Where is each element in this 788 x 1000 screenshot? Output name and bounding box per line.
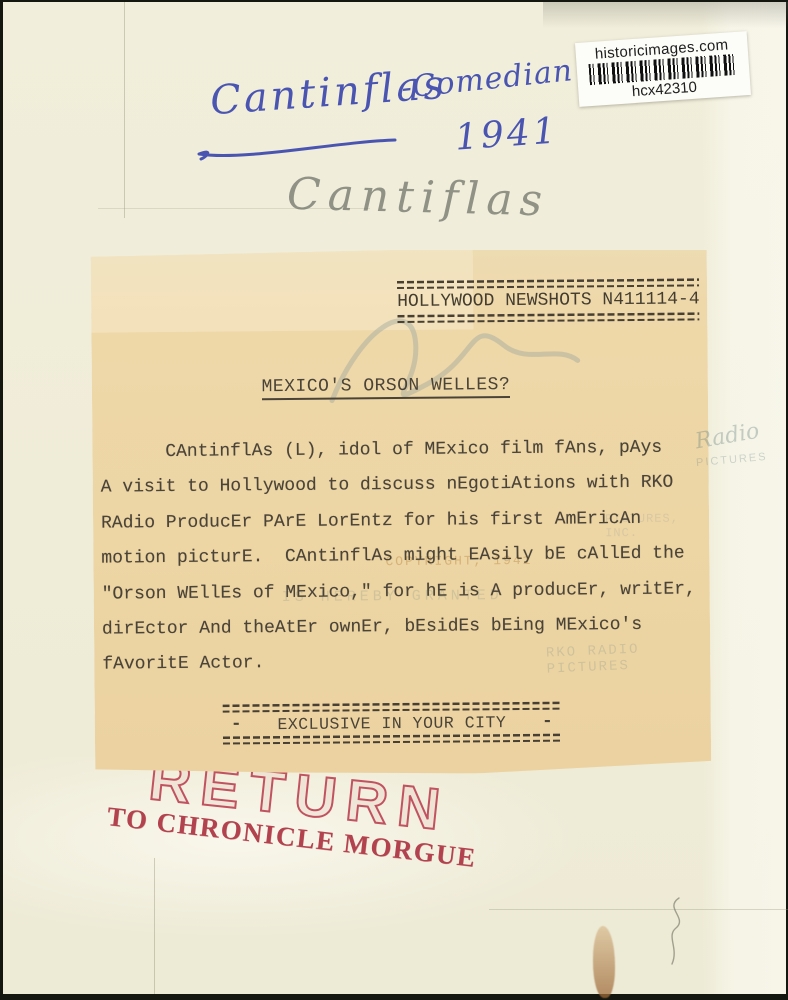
caption-header-text: HOLLYWOOD NEWSHOTS N411114-4: [397, 289, 699, 312]
pencil-squiggle: [658, 894, 694, 970]
caption-title-wrap: MEXICO'S ORSON WELLES?: [92, 373, 708, 401]
caption-body-line: "Orson WEllEs of MExico," for hE is A pr…: [102, 572, 704, 613]
caption-body-line: fAvoritE Actor.: [102, 643, 704, 684]
caption-body-line: dirEctor And theAtEr ownEr, bEsidEs bEin…: [102, 607, 704, 648]
caption-body-line: A visit to Hollywood to discuss nEgotiAt…: [101, 466, 703, 507]
caption-body-line: CAntinflAs (L), idol of MExico film fAns…: [100, 430, 702, 471]
paper-light-strip: [702, 2, 786, 994]
caption-header-block: HOLLYWOOD NEWSHOTS N411114-4: [397, 278, 699, 323]
crease-line: [124, 2, 125, 218]
footer-dash-right: -: [542, 712, 553, 732]
sticker-code-text: hcx42310: [631, 78, 697, 99]
caption-footer-text: EXCLUSIVE IN YOUR CITY: [277, 713, 506, 734]
archive-sticker: historicimages.com hcx42310: [575, 31, 751, 107]
typed-caption-slip: COPYRIGHT, 1941 IS HEREBY GRANTED RKO RA…: [91, 247, 712, 776]
caption-footer-block: - EXCLUSIVE IN YOUR CITY -: [223, 702, 561, 745]
dashed-rule: [223, 734, 561, 745]
photo-back-paper: historicimages.com hcx42310 Cantinflas -…: [3, 2, 786, 994]
top-shadow: [543, 2, 788, 28]
handwritten-role-blue: -Comedian: [400, 53, 575, 106]
handwritten-year-blue: 1941: [454, 110, 560, 158]
footer-dash-left: -: [231, 714, 242, 734]
stain-mark: [593, 926, 615, 998]
caption-body: CAntinflAs (L), idol of MExico film fAns…: [100, 430, 704, 683]
handwritten-underline: [195, 128, 403, 164]
caption-title: MEXICO'S ORSON WELLES?: [261, 375, 510, 400]
caption-body-line: motion picturE. CAntinflAs might EAsily …: [101, 537, 703, 578]
dashed-rule: [397, 278, 699, 289]
caption-footer-row: - EXCLUSIVE IN YOUR CITY -: [223, 710, 561, 737]
handwritten-name-pencil: Cantiflas: [286, 169, 549, 227]
caption-body-line: RAdio ProducEr PArE LorEntz for his firs…: [101, 501, 703, 542]
dashed-rule: [397, 312, 699, 323]
photo-scan-frame: historicimages.com hcx42310 Cantinflas -…: [0, 0, 788, 1000]
crease-line: [154, 858, 155, 994]
crease-line: [489, 909, 788, 910]
